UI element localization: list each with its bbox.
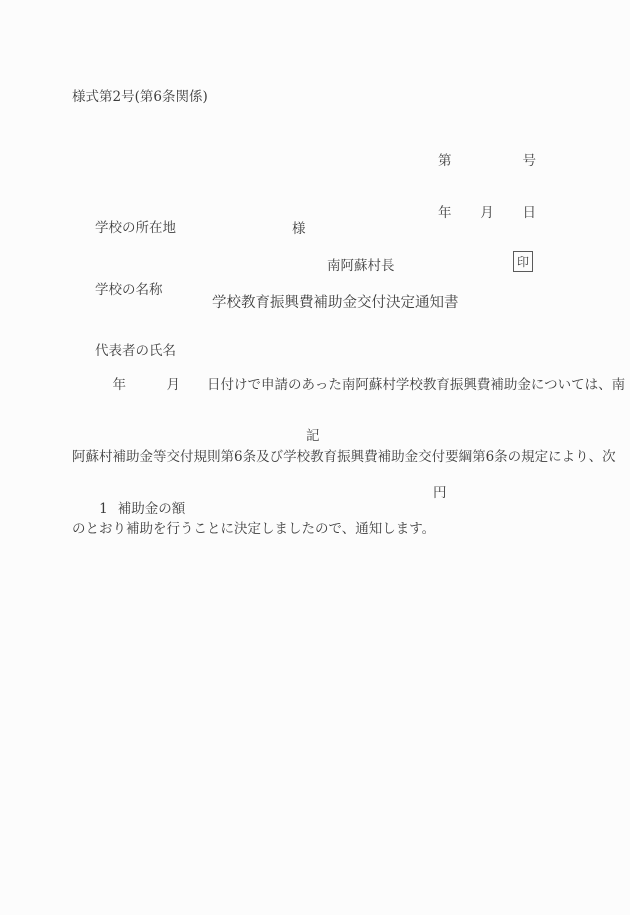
- recipient-line-school-address: 学校の所在地: [95, 218, 176, 239]
- doc-number-suffix: 号: [523, 152, 537, 172]
- item-row-subsidy-amount: 1補助金の額: [82, 481, 185, 533]
- sender-title: 南阿蘇村長: [327, 254, 395, 274]
- date-year-label: 年: [438, 204, 452, 224]
- item-label: 補助金の額: [118, 501, 186, 517]
- recipient-line-school-name: 学校の名称: [95, 280, 176, 301]
- seal-mark-box: 印: [513, 251, 533, 272]
- honorific-sama: 様: [292, 217, 306, 237]
- record-marker: 記: [306, 424, 320, 444]
- doc-number-prefix: 第: [438, 152, 452, 172]
- item-unit-yen: 円: [433, 481, 447, 501]
- doc-number-line: 第 号: [438, 152, 536, 172]
- body-paragraph: 年 月 日付けで申請のあった南阿蘇村学校教育振興費補助金については、南 阿蘇村補…: [72, 325, 617, 589]
- seal-mark-character: 印: [517, 253, 529, 270]
- body-line-2: 阿蘇村補助金等交付規則第6条及び学校教育振興費補助金交付要綱第6条の規定により、…: [72, 445, 617, 469]
- form-number: 様式第2号(第6条関係): [72, 85, 208, 105]
- document-page: 様式第2号(第6条関係) 第 号 年 月 日 学校の所在地 学校の名称 代表者の…: [0, 0, 630, 915]
- doc-number-date-block: 第 号 年 月 日: [438, 120, 536, 255]
- date-month-label: 月: [480, 204, 494, 224]
- body-line-1: 年 月 日付けで申請のあった南阿蘇村学校教育振興費補助金については、南: [72, 373, 617, 397]
- date-day-label: 日: [523, 204, 537, 224]
- document-title: 学校教育振興費補助金交付決定通知書: [212, 291, 459, 312]
- item-number: 1: [99, 501, 108, 517]
- date-line: 年 月 日: [438, 204, 536, 224]
